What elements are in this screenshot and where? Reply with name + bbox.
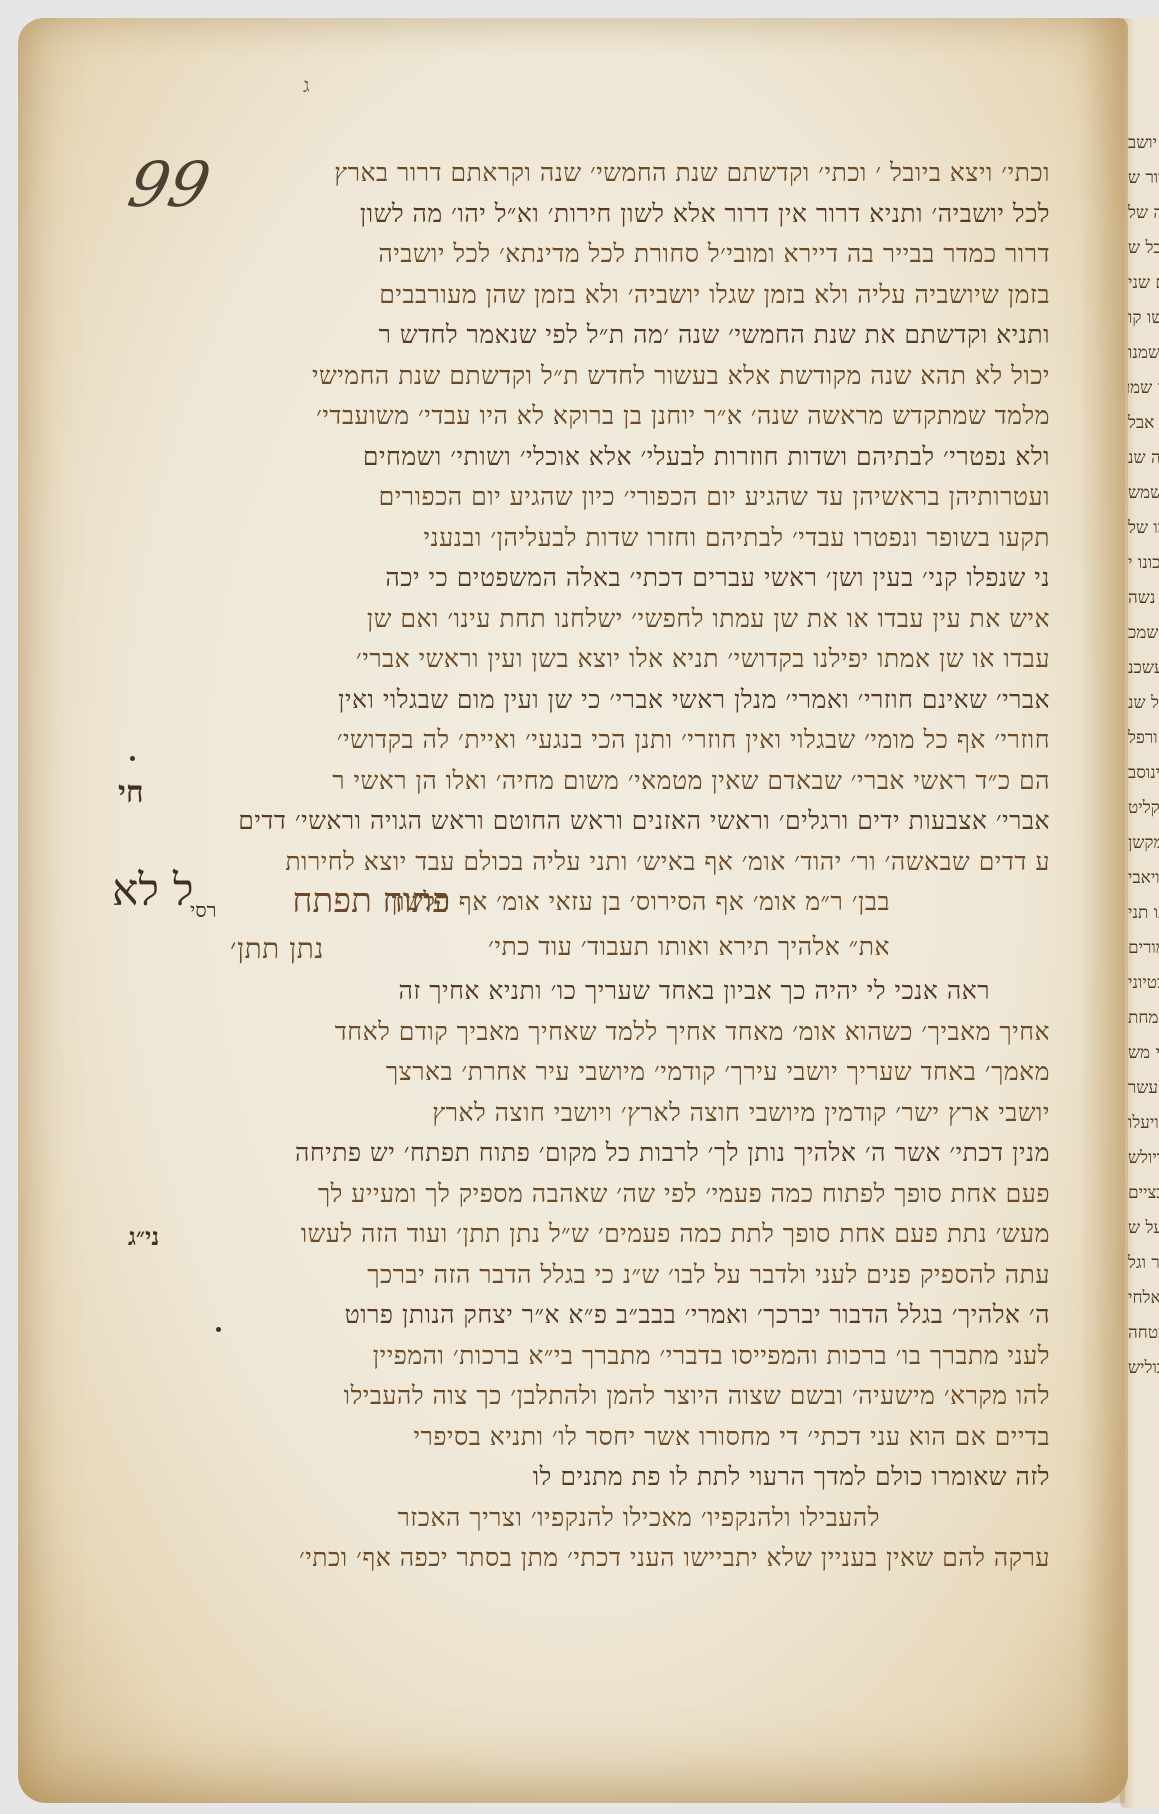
section-heading: פתוח תפתח xyxy=(292,881,450,921)
text-line: לכל יושביה׳ ותניא דרור אין דרור אלא לשון… xyxy=(360,199,1050,229)
text-line: מאמך׳ באחד שעריך יושבי עירך׳ קודמי׳ מיוש… xyxy=(386,1057,1050,1087)
text-line: להעבילו ולהנקפיו׳ מאכילו להנקפיו׳ וצריך … xyxy=(397,1503,880,1533)
text-line: את״ אלהיך תירא ואותו תעבוד׳ עוד כתי׳ xyxy=(488,932,890,962)
margin-note: ני״ג xyxy=(128,1222,159,1252)
text-line: פעם אחת סופך לפתוח כמה פעמי׳ לפי שה׳ שאה… xyxy=(318,1179,1050,1209)
facing-page-text: ויאבי xyxy=(1128,868,1159,888)
facing-page-text: ביובל ש xyxy=(1128,238,1159,258)
text-line: להו מקרא׳ מישעיה׳ ובשם שצוה היוצר להמן ו… xyxy=(344,1381,1050,1411)
ink-dot xyxy=(216,1327,221,1332)
text-line: מלמד שמתקדש מראשה שנה׳ א״ר יוחנן בן ברוק… xyxy=(316,401,1050,431)
text-line: נתן תתן׳ xyxy=(230,932,324,966)
text-line: יושבי ארץ ישר׳ קודמין מיושבי חוצה לארץ׳ … xyxy=(432,1098,1050,1128)
facing-page-text: בציים xyxy=(1128,1183,1159,1203)
text-line: ני שנפלו קני׳ בעין ושן׳ ראשי עברים דכתי׳… xyxy=(385,563,1050,593)
text-line: ראה אנכי לי יהיה כך אביון באחד שעריך כו׳… xyxy=(398,976,990,1006)
facing-page-text: עשר שמכ xyxy=(1128,623,1159,643)
facing-page-text: ורפל xyxy=(1128,728,1159,748)
margin-note: ל לא xyxy=(112,865,194,916)
text-line: מנין דכתי׳ אשר ה׳ אלהיך נותן לך׳ לרבות כ… xyxy=(295,1138,1050,1168)
facing-page-text: שלם שני xyxy=(1128,273,1159,293)
facing-page-text: ונו תני xyxy=(1128,903,1159,923)
text-line: אברי׳ שאינם חוזרי׳ ואמרי׳ מנלן ראשי אברי… xyxy=(338,685,1050,715)
facing-page-text: שרקליט xyxy=(1128,798,1159,818)
facing-page-text: שמחת xyxy=(1128,1008,1159,1028)
text-line: אחיך מאביך׳ כשהוא אומ׳ מאחד אחיך ללמד שא… xyxy=(335,1017,1050,1047)
text-line: הם כ״ד ראשי אברי׳ שבאדם שאין מטמאי׳ משום… xyxy=(332,766,1050,796)
text-line: חוזרי׳ אף כל מומי׳ שבגלוי ואין חוזרי׳ ות… xyxy=(337,725,1050,755)
facing-page-text: ניימי מש xyxy=(1128,1043,1159,1063)
text-line: לזה שאומרו כולם למדך הרעוי לתת לו פת מתנ… xyxy=(533,1462,1050,1492)
text-line: עבדו או שן אמתו יפילנו בקדושי׳ תניא אלו … xyxy=(356,644,1050,674)
text-line: ע דדים שבאשה׳ ור׳ יהוד׳ אומ׳ אף באיש׳ ות… xyxy=(285,847,1050,877)
facing-page-text: ביומו של xyxy=(1128,518,1159,538)
text-line: דרור כמדר בבייר בה דיירא ומובי׳ל סחורת ל… xyxy=(378,239,1050,269)
facing-page-text: שמעון שמע xyxy=(1128,378,1159,398)
text-line: איש את עין עבדו או את שן עמתו לחפשי׳ ישל… xyxy=(367,604,1050,634)
facing-page-text: בטחה xyxy=(1128,1323,1159,1343)
text-line: יכול לא תהא שנה מקודשת אלא בעשור לחדש ת״… xyxy=(312,361,1050,391)
margin-note: חי xyxy=(118,775,144,810)
facing-page-text: ובל אבל xyxy=(1128,413,1159,433)
text-line: ה׳ אלהיך׳ בגלל הדבור יברכך׳ ואמרי׳ בבב״ב… xyxy=(345,1300,1050,1330)
text-line: בבן׳ ר״מ אומ׳ אף הסירוס׳ בן עזאי אומ׳ אף… xyxy=(391,887,890,917)
gutter-shadow xyxy=(1080,18,1125,1803)
facing-page-text: סוף שמש xyxy=(1128,483,1159,503)
facing-page-text: ועל שנ xyxy=(1128,693,1159,713)
text-line: בדיים אם הוא עני דכתי׳ די מחסורו אשר יחס… xyxy=(413,1422,1050,1452)
facing-page-text: ויולש xyxy=(1128,1148,1159,1168)
facing-page-text: שר נשה xyxy=(1128,588,1159,608)
text-line: עתה להספיק פנים לעני ולדבר על לבו׳ ש״נ כ… xyxy=(367,1260,1050,1290)
facing-page-text: יעל ש xyxy=(1128,1218,1159,1238)
folio-number: 99 xyxy=(122,148,216,221)
facing-page-text: רסינוסב xyxy=(1128,763,1159,783)
text-line: ערקה להם שאין בעניין שלא יתביישו העני דכ… xyxy=(299,1543,1050,1573)
catchmark: ג xyxy=(303,73,310,98)
ink-dot xyxy=(130,756,135,761)
text-line: אברי׳ אצבעות ידים ורגלים׳ וראשי האזנים ו… xyxy=(238,806,1050,836)
facing-page-text: ורי מורים xyxy=(1128,938,1159,958)
facing-page-text: ונפשו קו xyxy=(1128,308,1159,328)
facing-page-text: רבוליש xyxy=(1128,1358,1159,1378)
facing-page-text: כל יושב xyxy=(1128,133,1159,153)
facing-page-text: לאלחי xyxy=(1128,1288,1159,1308)
text-line: ותניא וקדשתם את שנת החמשי׳ שנה ׳מה ת״ל ל… xyxy=(379,320,1050,350)
facing-page-text: ויטל מקשן xyxy=(1128,833,1159,853)
text-line: תקעו בשופר ונפטרו עבדי׳ לבתיהם וחזרו שדו… xyxy=(423,523,1050,553)
facing-page-text: עשכנ xyxy=(1128,658,1159,678)
facing-page-text: ויעלו xyxy=(1128,1113,1159,1133)
text-line: לעני מתברך בו׳ ברכות והמפייסו בדברי׳ מתב… xyxy=(373,1341,1050,1371)
text-line: ועטרותיהן בראשיהן עד שהגיע יום הכפורי׳ כ… xyxy=(379,482,1050,512)
facing-page-text: רכונו י xyxy=(1128,553,1159,573)
facing-page-text: קטה שנ xyxy=(1128,448,1159,468)
facing-page-text: אינו שמנו xyxy=(1128,343,1159,363)
text-line: וכתי׳ ויצא ביובל ׳ וכתי׳ וקדשתם שנת החמש… xyxy=(334,158,1050,188)
text-line: מעש׳ נתת פעם אחת סופך לתת כמה פעמים׳ ש״ל… xyxy=(301,1219,1050,1249)
facing-page-text: סחרה של xyxy=(1128,203,1159,223)
text-line: ולא נפטרי׳ לבתיהם ושדות חוזרות לבעלי׳ אל… xyxy=(363,442,1050,472)
facing-page-text: צטיוני xyxy=(1128,973,1159,993)
margin-note: רסי xyxy=(190,898,216,923)
facing-page-text: דרור ש xyxy=(1128,168,1159,188)
facing-page-text: ערב עשר xyxy=(1128,1078,1159,1098)
text-line: בזמן שיושביה עליה ולא בזמן שגלו יושביה׳ … xyxy=(379,280,1050,310)
facing-page-text: ציר וגל xyxy=(1128,1253,1159,1273)
